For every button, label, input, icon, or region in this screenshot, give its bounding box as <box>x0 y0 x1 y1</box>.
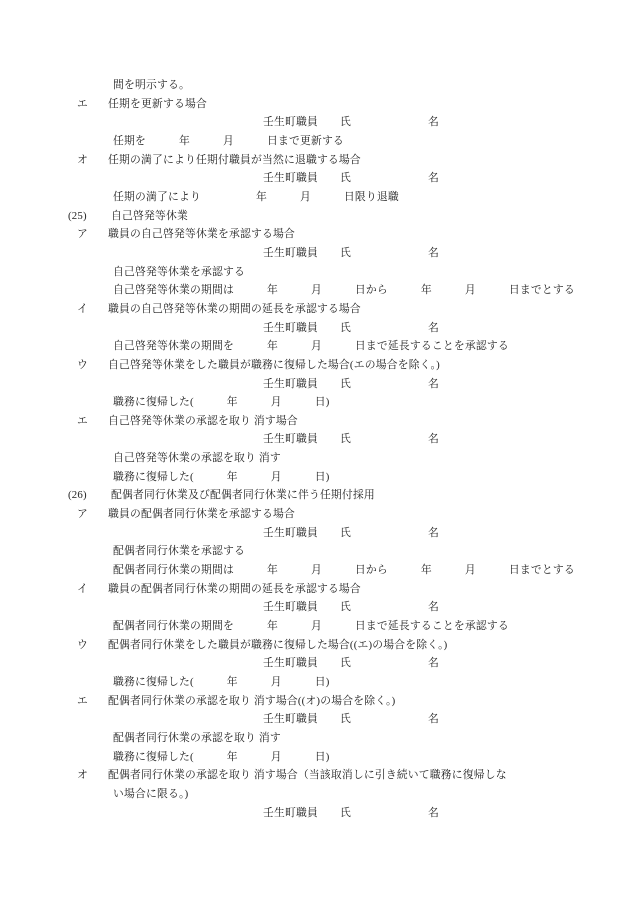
line-text: 壬生町職員 氏 名 <box>263 807 439 819</box>
list-marker: (25) <box>68 207 111 226</box>
form-text-line: 自己啓発等休業の期間を 年 月 日まで延長することを承認する <box>0 337 630 356</box>
form-text-line: 配偶者同行休業を承認する <box>0 542 630 561</box>
line-text: 配偶者同行休業の承認を取り 消す <box>113 732 281 744</box>
line-text: 壬生町職員 氏 名 <box>263 172 439 184</box>
form-text-line: 自己啓発等休業を承認する <box>0 263 630 282</box>
employee-name-line: 壬生町職員 氏 名 <box>0 319 630 338</box>
line-text: 職員の自己啓発等休業を承認する場合 <box>108 228 295 240</box>
form-text-line: 職務に復帰した( 年 月 日) <box>0 393 630 412</box>
list-marker: ウ <box>77 636 108 655</box>
form-text-line: 配偶者同行休業の期間を 年 月 日まで延長することを承認する <box>0 617 630 636</box>
employee-name-line: 壬生町職員 氏 名 <box>0 524 630 543</box>
line-text: 壬生町職員 氏 名 <box>263 713 439 725</box>
item-heading: イ職員の配偶者同行休業の期間の延長を承認する場合 <box>0 580 630 599</box>
form-text-line: 職務に復帰した( 年 月 日) <box>0 748 630 767</box>
form-text-line: 間を明示する。 <box>0 76 630 95</box>
list-marker: エ <box>77 412 108 431</box>
line-text: 壬生町職員 氏 名 <box>263 601 439 613</box>
form-text-line: 職務に復帰した( 年 月 日) <box>0 468 630 487</box>
form-text-line: 任期を 年 月 日まで更新する <box>0 132 630 151</box>
line-text: 職務に復帰した( 年 月 日) <box>113 471 330 483</box>
list-marker: イ <box>77 300 108 319</box>
line-text: 壬生町職員 氏 名 <box>263 527 439 539</box>
employee-name-line: 壬生町職員 氏 名 <box>0 244 630 263</box>
line-text: 配偶者同行休業の期間は 年 月 日から 年 月 日までとする <box>113 564 575 576</box>
line-text: 任期を 年 月 日まで更新する <box>113 135 344 147</box>
employee-name-line: 壬生町職員 氏 名 <box>0 169 630 188</box>
line-text: 職務に復帰した( 年 月 日) <box>113 396 330 408</box>
list-marker: エ <box>77 692 108 711</box>
item-heading: エ自己啓発等休業の承認を取り 消す場合 <box>0 412 630 431</box>
item-heading: ア職員の配偶者同行休業を承認する場合 <box>0 505 630 524</box>
employee-name-line: 壬生町職員 氏 名 <box>0 430 630 449</box>
form-text-line: 配偶者同行休業の期間は 年 月 日から 年 月 日までとする <box>0 561 630 580</box>
line-text: 自己啓発等休業 <box>111 210 188 222</box>
employee-name-line: 壬生町職員 氏 名 <box>0 804 630 823</box>
list-marker: オ <box>77 151 108 170</box>
line-text: 自己啓発等休業をした職員が職務に復帰した場合(エの場合を除く。) <box>108 359 440 371</box>
employee-name-line: 壬生町職員 氏 名 <box>0 113 630 132</box>
line-text: 壬生町職員 氏 名 <box>263 116 439 128</box>
line-text: 配偶者同行休業及び配偶者同行休業に伴う任期付採用 <box>111 489 375 501</box>
list-marker: オ <box>77 766 108 785</box>
line-text: 職務に復帰した( 年 月 日) <box>113 676 330 688</box>
line-text: 任期を更新する場合 <box>108 98 207 110</box>
document-page: 間を明示する。エ任期を更新する場合壬生町職員 氏 名任期を 年 月 日まで更新す… <box>0 0 630 903</box>
list-marker: エ <box>77 95 108 114</box>
line-text: 自己啓発等休業の承認を取り 消す <box>113 452 281 464</box>
section-heading: (26)配偶者同行休業及び配偶者同行休業に伴う任期付採用 <box>0 486 630 505</box>
line-text: 自己啓発等休業の承認を取り 消す場合 <box>108 415 298 427</box>
line-text: い場合に限る。) <box>113 788 188 800</box>
form-text-line: 任期の満了により 年 月 日限り退職 <box>0 188 630 207</box>
line-text: 職員の自己啓発等休業の期間の延長を承認する場合 <box>108 303 361 315</box>
list-marker: イ <box>77 580 108 599</box>
line-text: 壬生町職員 氏 名 <box>263 247 439 259</box>
form-text-line: い場合に限る。) <box>0 785 630 804</box>
line-text: 自己啓発等休業の期間を 年 月 日まで延長することを承認する <box>113 340 509 352</box>
form-text-line: 職務に復帰した( 年 月 日) <box>0 673 630 692</box>
list-marker: ア <box>77 505 108 524</box>
list-marker: ア <box>77 225 108 244</box>
line-text: 配偶者同行休業の期間を 年 月 日まで延長することを承認する <box>113 620 509 632</box>
list-marker: ウ <box>77 356 108 375</box>
employee-name-line: 壬生町職員 氏 名 <box>0 375 630 394</box>
line-text: 間を明示する。 <box>113 79 190 91</box>
item-heading: ア職員の自己啓発等休業を承認する場合 <box>0 225 630 244</box>
line-text: 職員の配偶者同行休業の期間の延長を承認する場合 <box>108 583 361 595</box>
line-text: 職員の配偶者同行休業を承認する場合 <box>108 508 295 520</box>
line-text: 配偶者同行休業の承認を取り 消す場合((オ)の場合を除く。) <box>108 695 395 707</box>
line-text: 配偶者同行休業の承認を取り 消す場合（当該取消しに引き続いて職務に復帰しな <box>108 769 507 781</box>
form-text-line: 自己啓発等休業の期間は 年 月 日から 年 月 日までとする <box>0 281 630 300</box>
item-heading: ウ配偶者同行休業をした職員が職務に復帰した場合((エ)の場合を除く。) <box>0 636 630 655</box>
line-text: 任期の満了により 年 月 日限り退職 <box>113 191 399 203</box>
item-heading: ウ自己啓発等休業をした職員が職務に復帰した場合(エの場合を除く。) <box>0 356 630 375</box>
item-heading: イ職員の自己啓発等休業の期間の延長を承認する場合 <box>0 300 630 319</box>
form-text-line: 配偶者同行休業の承認を取り 消す <box>0 729 630 748</box>
section-heading: (25)自己啓発等休業 <box>0 207 630 226</box>
line-text: 配偶者同行休業を承認する <box>113 545 245 557</box>
line-text: 壬生町職員 氏 名 <box>263 657 439 669</box>
item-heading: オ任期の満了により任期付職員が当然に退職する場合 <box>0 151 630 170</box>
line-text: 任期の満了により任期付職員が当然に退職する場合 <box>108 154 361 166</box>
form-text-line: 自己啓発等休業の承認を取り 消す <box>0 449 630 468</box>
line-text: 壬生町職員 氏 名 <box>263 378 439 390</box>
list-marker: (26) <box>68 486 111 505</box>
employee-name-line: 壬生町職員 氏 名 <box>0 710 630 729</box>
line-text: 配偶者同行休業をした職員が職務に復帰した場合((エ)の場合を除く。) <box>108 639 447 651</box>
line-text: 自己啓発等休業を承認する <box>113 266 245 278</box>
item-heading: オ配偶者同行休業の承認を取り 消す場合（当該取消しに引き続いて職務に復帰しな <box>0 766 630 785</box>
line-text: 壬生町職員 氏 名 <box>263 433 439 445</box>
employee-name-line: 壬生町職員 氏 名 <box>0 654 630 673</box>
document-body: 間を明示する。エ任期を更新する場合壬生町職員 氏 名任期を 年 月 日まで更新す… <box>0 76 630 822</box>
line-text: 壬生町職員 氏 名 <box>263 322 439 334</box>
line-text: 自己啓発等休業の期間は 年 月 日から 年 月 日までとする <box>113 284 575 296</box>
item-heading: エ配偶者同行休業の承認を取り 消す場合((オ)の場合を除く。) <box>0 692 630 711</box>
item-heading: エ任期を更新する場合 <box>0 95 630 114</box>
employee-name-line: 壬生町職員 氏 名 <box>0 598 630 617</box>
line-text: 職務に復帰した( 年 月 日) <box>113 751 330 763</box>
